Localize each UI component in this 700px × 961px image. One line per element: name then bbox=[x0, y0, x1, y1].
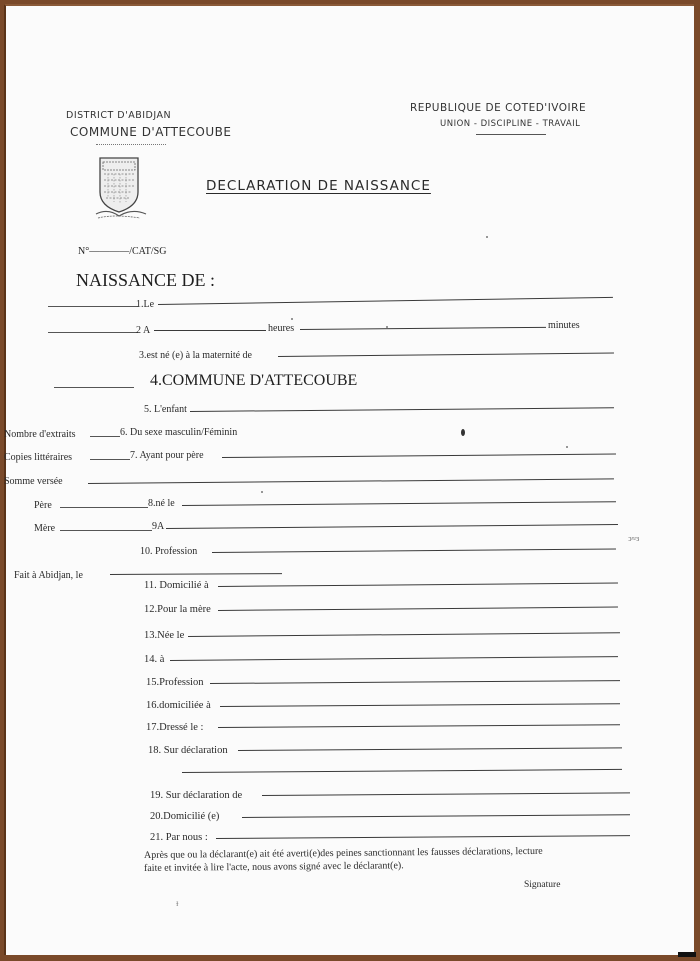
ink-speck bbox=[461, 429, 465, 436]
coat-of-arms-icon bbox=[94, 154, 156, 222]
margin-fait-a-line[interactable] bbox=[110, 573, 282, 575]
field-2-minutes-label: minutes bbox=[548, 320, 580, 331]
header-left-rule bbox=[96, 144, 166, 145]
field-10-label: 10. Profession bbox=[140, 546, 197, 557]
field-9-line[interactable] bbox=[166, 524, 618, 529]
scan-speck bbox=[486, 236, 488, 238]
field-16-label: 16.domiciliée à bbox=[146, 700, 211, 711]
field-2-hours-label: heures bbox=[268, 323, 294, 334]
field-7-line[interactable] bbox=[222, 454, 616, 458]
field-1-lead-line bbox=[48, 306, 138, 307]
field-2-lead-line bbox=[48, 332, 138, 333]
field-15-line[interactable] bbox=[210, 680, 620, 684]
field-1-line[interactable] bbox=[158, 297, 613, 305]
field-6-label: 6. Du sexe masculin/Féminin bbox=[120, 427, 237, 438]
field-21-label: 21. Par nous : bbox=[150, 832, 208, 843]
field-2-hours-line[interactable] bbox=[154, 330, 266, 331]
field-15-label: 15.Profession bbox=[146, 677, 203, 688]
stray-mark: ↄ≈ɜ bbox=[628, 534, 639, 543]
field-18-line[interactable] bbox=[238, 747, 622, 751]
margin-nombre-extraits: Nombre d'extraits bbox=[4, 429, 76, 440]
field-17-line[interactable] bbox=[218, 724, 620, 728]
document-page: DISTRICT D'ABIDJAN COMMUNE D'ATTECOUBE R… bbox=[4, 4, 694, 955]
field-2-label: 2 A bbox=[136, 325, 150, 336]
field-3-label: 3.est né (e) à la maternité de bbox=[139, 350, 252, 361]
margin-pere: Père bbox=[34, 500, 52, 511]
scan-corner-mark bbox=[678, 952, 696, 957]
field-11-label: 11. Domicilié à bbox=[144, 580, 209, 591]
field-5-label: 5. L'enfant bbox=[144, 404, 187, 415]
header-right-rule bbox=[476, 134, 546, 135]
field-13-line[interactable] bbox=[188, 632, 620, 637]
field-19-line[interactable] bbox=[262, 792, 630, 796]
field-14-line[interactable] bbox=[170, 656, 618, 661]
field-2-minutes-line[interactable] bbox=[300, 327, 546, 330]
commune-label: COMMUNE D'ATTECOUBE bbox=[70, 125, 231, 139]
field-21-line[interactable] bbox=[216, 835, 630, 839]
field-3-line[interactable] bbox=[278, 352, 614, 357]
field-9-label: 9A bbox=[152, 521, 164, 532]
stray-mark-bottom: ᵻ bbox=[176, 898, 179, 908]
field-7-label: 7. Ayant pour père bbox=[130, 450, 204, 461]
margin-copies-line[interactable] bbox=[90, 459, 130, 460]
field-4-label: 4.COMMUNE D'ATTECOUBE bbox=[150, 372, 357, 390]
section-title: NAISSANCE DE : bbox=[76, 270, 215, 291]
field-14-label: 14. à bbox=[144, 654, 164, 665]
field-18-line-continued[interactable] bbox=[182, 769, 622, 773]
motto-label: UNION - DISCIPLINE - TRAVAIL bbox=[440, 119, 580, 129]
declaration-statement-line-2: faite et invitée à lire l'acte, nous avo… bbox=[144, 860, 404, 874]
declaration-statement-line-1: Après que ou la déclarant(e) ait été ave… bbox=[144, 846, 543, 861]
republic-label: REPUBLIQUE DE COTED'IVOIRE bbox=[410, 102, 586, 114]
field-8-label: 8.né le bbox=[148, 498, 175, 509]
field-13-label: 13.Née le bbox=[144, 630, 184, 641]
field-4-lead-line bbox=[54, 387, 134, 388]
field-1-label: 1.Le bbox=[136, 299, 154, 310]
reference-number: N°————/CAT/SG bbox=[78, 246, 166, 257]
margin-mere-line[interactable] bbox=[60, 530, 152, 531]
scan-speck bbox=[386, 326, 388, 328]
district-label: DISTRICT D'ABIDJAN bbox=[66, 110, 171, 121]
signature-label: Signature bbox=[524, 880, 560, 890]
field-5-line[interactable] bbox=[190, 407, 614, 412]
margin-mere: Mère bbox=[34, 523, 55, 534]
field-18-label: 18. Sur déclaration bbox=[148, 745, 228, 756]
field-10-line[interactable] bbox=[212, 548, 616, 553]
field-19-label: 19. Sur déclaration de bbox=[150, 790, 242, 801]
margin-nombre-extraits-line[interactable] bbox=[90, 436, 120, 437]
field-20-line[interactable] bbox=[242, 814, 630, 818]
document-title: DECLARATION DE NAISSANCE bbox=[206, 178, 431, 194]
field-16-line[interactable] bbox=[220, 703, 620, 707]
field-12-line[interactable] bbox=[218, 607, 618, 611]
margin-copies-litteraires: Copies littéraires bbox=[4, 452, 72, 463]
field-11-line[interactable] bbox=[218, 583, 618, 587]
field-20-label: 20.Domicilié (e) bbox=[150, 811, 219, 822]
margin-somme-versee-line[interactable] bbox=[88, 478, 614, 484]
margin-fait-a: Fait à Abidjan, le bbox=[14, 570, 83, 581]
scan-speck bbox=[566, 446, 568, 448]
field-12-label: 12.Pour la mère bbox=[144, 604, 211, 615]
scan-speck bbox=[261, 491, 263, 493]
margin-pere-line[interactable] bbox=[60, 507, 148, 508]
scan-speck bbox=[291, 318, 293, 320]
field-8-line[interactable] bbox=[182, 501, 616, 506]
margin-somme-versee: Somme versée bbox=[4, 476, 63, 487]
field-17-label: 17.Dressé le : bbox=[146, 722, 203, 733]
